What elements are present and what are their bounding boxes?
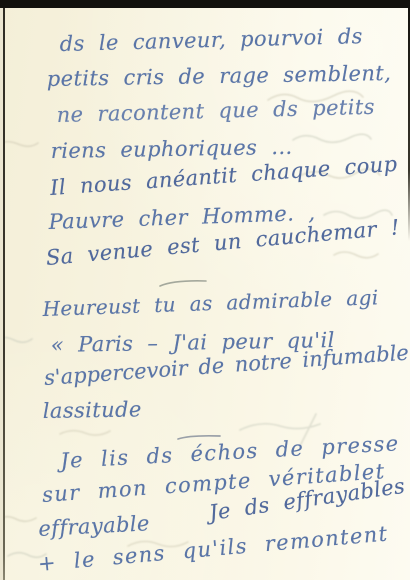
- scan-background-top: [0, 0, 410, 8]
- handwritten-line-4: riens euphoriques ...: [51, 135, 293, 163]
- handwritten-line-11: lassitude: [43, 397, 142, 423]
- section-divider-1: [158, 274, 208, 293]
- section-divider-2: [176, 427, 222, 446]
- page-edge-left: [3, 0, 5, 580]
- letter-page: ds le canveur, pourvoi ds petits cris de…: [0, 0, 410, 580]
